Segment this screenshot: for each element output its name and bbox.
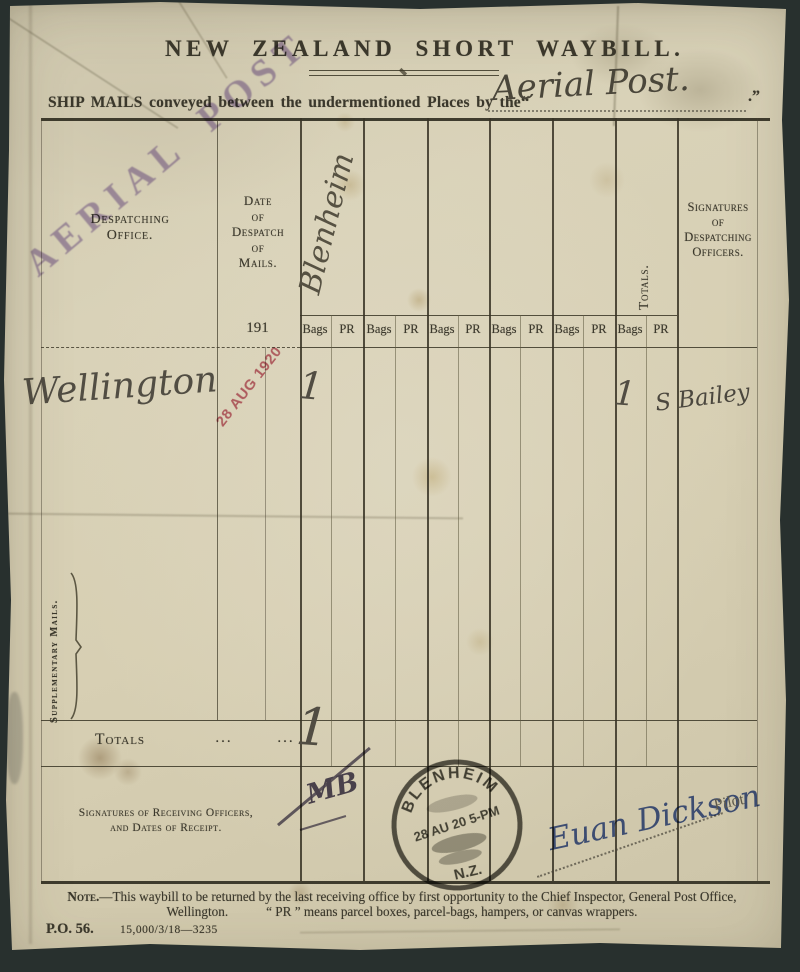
subtitle-line: SHIP MAILS conveyed between the undermen… [48, 92, 530, 112]
supplementary-mails-label: Supplementary Mails. [49, 573, 60, 723]
col-header-date-of-despatch: Date of Despatch of Mails. [212, 193, 304, 271]
year-prefix: 191 [230, 320, 285, 337]
pr-header: PR [459, 322, 487, 337]
crease-mark [29, 4, 32, 944]
bags-header: Bags [488, 322, 520, 337]
despatch-date-stamp: 28 AUG 1920 [205, 334, 292, 439]
bags-header: Bags [551, 322, 583, 337]
pr-header: PR [647, 322, 675, 337]
totals-column-label: Totals. [636, 246, 652, 310]
bags-header: Bags [299, 322, 331, 337]
totals-row-label: Totals [95, 731, 145, 749]
footer-note-line1: Note.—This waybill to be returned by the… [44, 889, 760, 905]
pr-header: PR [522, 322, 550, 337]
pr-header: PR [333, 322, 361, 337]
note-label: Note. [67, 889, 99, 904]
close-quote: .” [748, 88, 760, 106]
pilot-signature: Euan Dickson [545, 778, 764, 858]
receiving-initials: MB [303, 766, 362, 810]
crease-mark [300, 928, 620, 933]
despatching-officer-signature: S Bailey [654, 379, 751, 416]
bags-header: Bags [426, 322, 458, 337]
page-title: NEW ZEALAND SHORT WAYBILL. [165, 36, 645, 62]
subtitle-dotted-line [488, 110, 746, 112]
scanned-waybill-document: NEW ZEALAND SHORT WAYBILL. SHIP MAILS co… [0, 0, 800, 972]
bags-header: Bags [614, 322, 646, 337]
subtitle-printed-text: SHIP MAILS conveyed between the undermen… [48, 94, 521, 111]
torn-edge-patch [6, 692, 23, 784]
pr-header: PR [397, 322, 425, 337]
col-header-signatures-despatching: Signatures of Despatching Officers. [677, 200, 759, 260]
despatching-office-entry: Wellington [21, 359, 219, 414]
supplementary-mails-bracket [68, 570, 82, 722]
leader-dots: ... [208, 730, 240, 747]
postmark-country: N.Z. [452, 861, 483, 884]
totals-row-bags-entry: 1 [294, 697, 331, 759]
route-handwritten: Aerial Post. [491, 59, 690, 109]
form-number: P.O. 56. [46, 921, 94, 938]
totals-bags-entry: 1 [613, 373, 637, 414]
footer-note-line2: Wellington.“ PR ” means parcel boxes, pa… [44, 904, 760, 920]
destination-bags-entry: 1 [297, 363, 325, 409]
paper-sheet: NEW ZEALAND SHORT WAYBILL. SHIP MAILS co… [0, 0, 800, 972]
pr-header: PR [585, 322, 613, 337]
receiving-officers-label: Signatures of Receiving Officers, and Da… [40, 806, 292, 836]
imprint-code: 15,000/3/18—3235 [120, 924, 218, 936]
bags-header: Bags [363, 322, 395, 337]
